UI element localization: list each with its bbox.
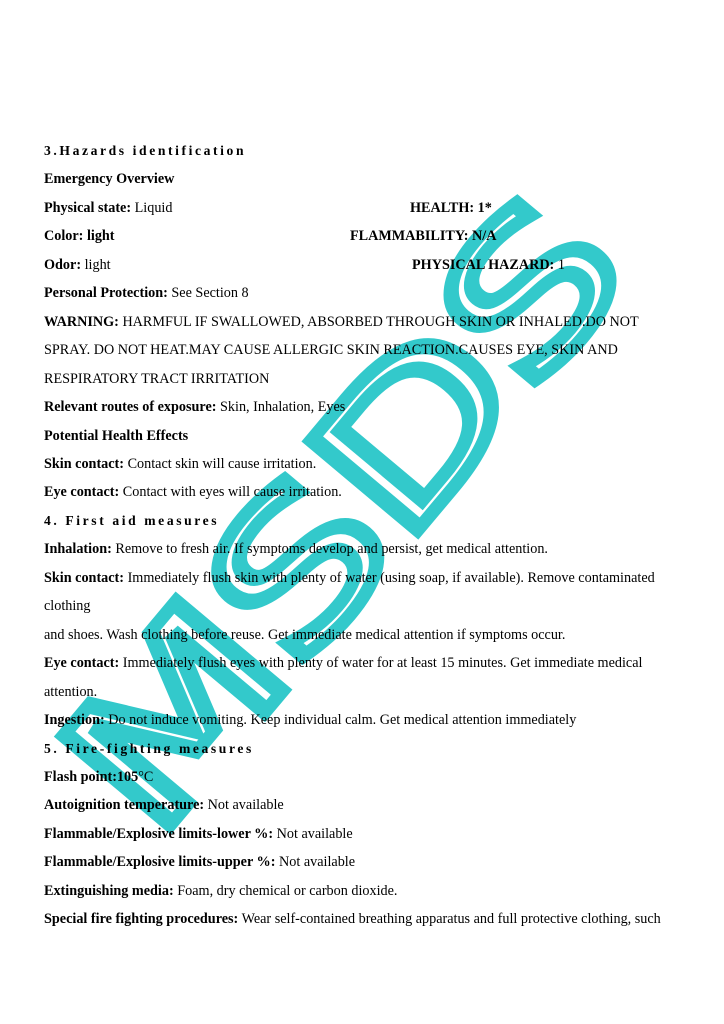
odor-value: light	[81, 257, 111, 273]
odor-row: Odor: light PHYSICAL HAZARD: 1	[44, 255, 704, 283]
lower-limit-row: Flammable/Explosive limits-lower %: Not …	[44, 824, 704, 852]
warning-text-1: HARMFUL IF SWALLOWED, ABSORBED THROUGH S…	[119, 314, 639, 330]
section-5-title: 5. Fire-fighting measures	[44, 739, 704, 767]
first-aid-eye-row-cont: attention.	[44, 682, 704, 710]
skin-contact-effects-row: Skin contact: Contact skin will cause ir…	[44, 454, 704, 482]
special-procedures-row: Special fire fighting procedures: Wear s…	[44, 909, 704, 937]
flammability-rating: FLAMMABILITY: N/A	[350, 226, 496, 246]
skin-contact-effects-value: Contact skin will cause irritation.	[124, 456, 316, 472]
ingestion-label: Ingestion:	[44, 712, 105, 728]
special-procedures-label: Special fire fighting procedures:	[44, 911, 238, 927]
lower-limit-label: Flammable/Explosive limits-lower %:	[44, 826, 273, 842]
personal-protection-row: Personal Protection: See Section 8	[44, 283, 704, 311]
physical-hazard-value: 1	[554, 257, 565, 273]
first-aid-skin-text-1: Immediately flush skin with plenty of wa…	[124, 570, 655, 586]
first-aid-skin-label: Skin contact:	[44, 570, 124, 586]
extinguishing-media-value: Foam, dry chemical or carbon dioxide.	[174, 883, 398, 899]
physical-state-value: Liquid	[131, 200, 172, 216]
eye-contact-effects-value: Contact with eyes will cause irritation.	[119, 484, 342, 500]
emergency-overview-label: Emergency Overview	[44, 171, 174, 187]
routes-row: Relevant routes of exposure: Skin, Inhal…	[44, 397, 704, 425]
special-procedures-value: Wear self-contained breathing apparatus …	[238, 911, 661, 927]
potential-health-effects-label: Potential Health Effects	[44, 428, 188, 444]
potential-health-effects-heading: Potential Health Effects	[44, 426, 704, 454]
first-aid-skin-row: Skin contact: Immediately flush skin wit…	[44, 568, 704, 596]
ingestion-value: Do not induce vomiting. Keep individual …	[105, 712, 577, 728]
upper-limit-label: Flammable/Explosive limits-upper %:	[44, 854, 275, 870]
warning-text-2: SPRAY. DO NOT HEAT.MAY CAUSE ALLERGIC SK…	[44, 342, 618, 358]
first-aid-eye-text-2: attention.	[44, 684, 97, 700]
personal-protection-label: Personal Protection:	[44, 285, 168, 301]
warning-text-3: RESPIRATORY TRACT IRRITATION	[44, 371, 269, 387]
eye-contact-effects-label: Eye contact:	[44, 484, 119, 500]
inhalation-value: Remove to fresh air. If symptoms develop…	[112, 541, 548, 557]
physical-hazard-rating: PHYSICAL HAZARD: 1	[412, 255, 565, 275]
flash-point-unit: °C	[138, 769, 153, 785]
inhalation-label: Inhalation:	[44, 541, 112, 557]
physical-state-row: Physical state: Liquid HEALTH: 1*	[44, 198, 704, 226]
personal-protection-value: See Section 8	[168, 285, 249, 301]
warning-row-cont: RESPIRATORY TRACT IRRITATION	[44, 369, 704, 397]
first-aid-eye-text-1: Immediately flush eyes with plenty of wa…	[119, 655, 642, 671]
eye-contact-effects-row: Eye contact: Contact with eyes will caus…	[44, 482, 704, 510]
routes-value: Skin, Inhalation, Eyes	[216, 399, 345, 415]
upper-limit-value: Not available	[275, 854, 355, 870]
autoignition-value: Not available	[204, 797, 284, 813]
emergency-overview-heading: Emergency Overview	[44, 169, 704, 197]
autoignition-row: Autoignition temperature: Not available	[44, 795, 704, 823]
warning-row: WARNING: HARMFUL IF SWALLOWED, ABSORBED …	[44, 312, 704, 340]
flash-point-row: Flash point:105°C	[44, 767, 704, 795]
section-4-title: 4. First aid measures	[44, 511, 704, 539]
routes-label: Relevant routes of exposure:	[44, 399, 216, 415]
physical-hazard-label: PHYSICAL HAZARD:	[412, 257, 554, 273]
skin-contact-effects-label: Skin contact:	[44, 456, 124, 472]
first-aid-eye-row: Eye contact: Immediately flush eyes with…	[44, 653, 704, 681]
first-aid-skin-row-cont: and shoes. Wash clothing before reuse. G…	[44, 625, 704, 653]
health-rating: HEALTH: 1*	[410, 198, 492, 218]
physical-state-label: Physical state:	[44, 200, 131, 216]
odor-label: Odor:	[44, 257, 81, 273]
color-row: Color: light FLAMMABILITY: N/A	[44, 226, 704, 254]
first-aid-skin-text-2: clothing	[44, 598, 91, 614]
extinguishing-media-row: Extinguishing media: Foam, dry chemical …	[44, 881, 704, 909]
first-aid-skin-row-cont: clothing	[44, 596, 704, 624]
color-label: Color: light	[44, 228, 115, 244]
warning-label: WARNING:	[44, 314, 119, 330]
first-aid-skin-text-3: and shoes. Wash clothing before reuse. G…	[44, 627, 565, 643]
warning-row-cont: SPRAY. DO NOT HEAT.MAY CAUSE ALLERGIC SK…	[44, 340, 704, 368]
upper-limit-row: Flammable/Explosive limits-upper %: Not …	[44, 852, 704, 880]
inhalation-row: Inhalation: Remove to fresh air. If symp…	[44, 539, 704, 567]
section-3-title: 3.Hazards identification	[44, 141, 704, 169]
extinguishing-media-label: Extinguishing media:	[44, 883, 174, 899]
ingestion-row: Ingestion: Do not induce vomiting. Keep …	[44, 710, 704, 738]
lower-limit-value: Not available	[273, 826, 353, 842]
first-aid-eye-label: Eye contact:	[44, 655, 119, 671]
autoignition-label: Autoignition temperature:	[44, 797, 204, 813]
msds-document-page: 3.Hazards identification Emergency Overv…	[44, 141, 704, 938]
flash-point-label: Flash point:105	[44, 769, 138, 785]
